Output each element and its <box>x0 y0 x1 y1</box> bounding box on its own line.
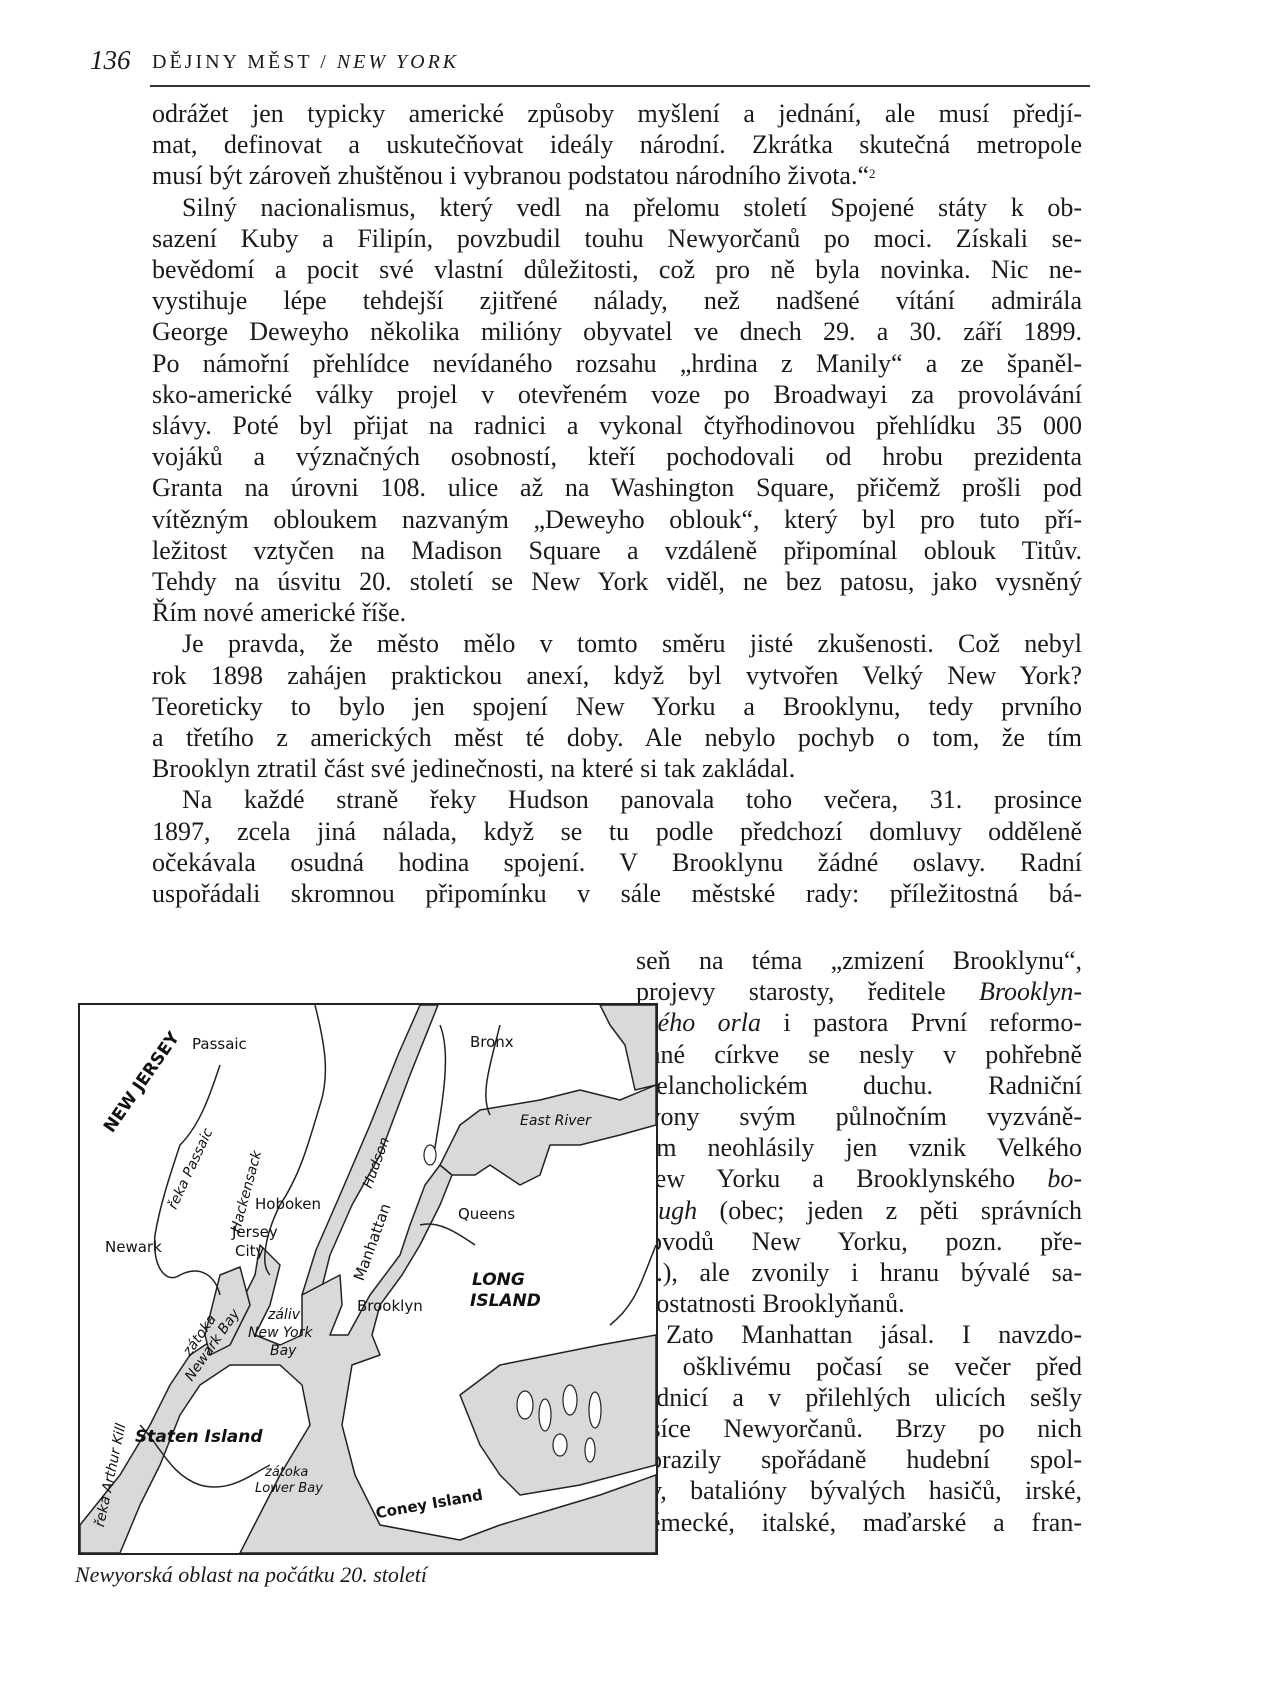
text-line: vítězným obloukem nazvaným „Deweyho oblo… <box>152 504 1082 535</box>
text-line: vystihuje lépe tehdejší zjitřené nálady,… <box>152 285 1082 316</box>
text-line: projevy starosty, ředitele Brooklyn- <box>636 976 1082 1007</box>
label-brooklyn: Brooklyn <box>357 1297 423 1315</box>
text-line: Silný nacionalismus, který vedl na přelo… <box>152 192 1082 223</box>
running-head-title: NEW YORK <box>337 51 459 73</box>
text-line: kl.), ale zvonily i hranu bývalé sa- <box>636 1257 1082 1288</box>
label-east-river: East River <box>520 1113 591 1129</box>
text-line: sko-americké války projel v otevřeném vo… <box>152 379 1082 410</box>
text-line-content: projevy starosty, ředitele <box>636 977 979 1006</box>
text-line: slávy. Poté byl přijat na radnici a vyko… <box>152 410 1082 441</box>
body-text-full-width: odrážet jen typicky americké způsoby myš… <box>152 98 1082 909</box>
label-bay: Bay <box>270 1343 296 1359</box>
text-line: seň na téma „zmizení Brooklynu“, <box>636 945 1082 976</box>
label-staten-island: Staten Island <box>135 1427 263 1447</box>
text-line-content: (obec; jeden z pěti správních <box>697 1196 1082 1225</box>
text-line: tisíce Newyorčanů. Brzy po nich <box>636 1413 1082 1444</box>
page-number: 136 <box>90 45 131 76</box>
text-line: sazení Kuby a Filipín, povzbudil touhu N… <box>152 223 1082 254</box>
text-line: vojáků a význačných osobností, kteří poc… <box>152 441 1082 472</box>
label-queens: Queens <box>458 1205 515 1223</box>
text-line: obvodů New Yorku, pozn. pře- <box>636 1226 1082 1257</box>
page-header: 136 DĚJINY MĚST / NEW YORK <box>90 45 1090 85</box>
text-line: vané církve se nesly v pohřebně <box>636 1039 1082 1070</box>
text-line: rok 1898 zahájen praktickou anexí, když … <box>152 660 1082 691</box>
text-line: Zato Manhattan jásal. I navzdo- <box>636 1319 1082 1350</box>
text-line: Po námořní přehlídce nevídaného rozsahu … <box>152 348 1082 379</box>
text-line: melancholickém duchu. Radniční <box>636 1070 1082 1101</box>
label-zaliv: záliv <box>268 1307 300 1323</box>
text-line: dorazily spořádaně hudební spol- <box>636 1444 1082 1475</box>
label-long: LONG <box>472 1270 525 1290</box>
label-island: ISLAND <box>470 1291 541 1311</box>
text-line: George Deweyho několika milióny obyvatel… <box>152 316 1082 347</box>
text-line-content: musí být zároveň zhuštěnou i vybranou po… <box>152 161 869 190</box>
text-line: ležitost vztyčen na Madison Square a vzd… <box>152 535 1082 566</box>
text-line: musí být zároveň zhuštěnou i vybranou po… <box>152 160 1082 191</box>
text-line: Tehdy na úsvitu 20. století se New York … <box>152 566 1082 597</box>
text-line: ského orla i pastora První reformo- <box>636 1007 1082 1038</box>
label-newark: Newark <box>105 1238 162 1256</box>
text-line: radnicí a v přilehlých ulicích sešly <box>636 1382 1082 1413</box>
text-line: očekávala osudná hodina spojení. V Brook… <box>152 847 1082 878</box>
text-line: mat, definovat a uskutečňovat ideály nár… <box>152 129 1082 160</box>
sound-water <box>600 1005 656 1090</box>
text-line: Na každé straně řeky Hudson panovala toh… <box>152 784 1082 815</box>
li-boundary <box>610 1245 656 1325</box>
text-line: bevědomí a pocit své vlastní důležitosti… <box>152 254 1082 285</box>
text-line: ním neohlásily jen vznik Velkého <box>636 1132 1082 1163</box>
text-line: odrážet jen typicky americké způsoby myš… <box>152 98 1082 129</box>
label-bronx: Bronx <box>470 1033 514 1051</box>
label-hoboken: Hoboken <box>255 1195 321 1213</box>
jamaica-bay <box>460 1335 656 1495</box>
map-figure: Passaic NEW JERSEY řeka Passaic Hackensa… <box>78 1003 658 1555</box>
east-river <box>440 1085 656 1185</box>
text-line: ky, batalióny bývalých hasičů, irské, <box>636 1475 1082 1506</box>
figure-caption: Newyorská oblast na počátku 20. století <box>75 1562 427 1588</box>
running-head-series: DĚJINY MĚST <box>152 51 312 73</box>
text-line: zvony svým půlnočním vyzváně- <box>636 1101 1082 1132</box>
italic-term: bo- <box>1047 1164 1082 1193</box>
text-line: a třetího z amerických měst té doby. Ale… <box>152 722 1082 753</box>
label-city: City <box>235 1242 264 1260</box>
header-rule <box>150 85 1090 87</box>
text-line: ry ošklivému počasí se večer před <box>636 1351 1082 1382</box>
text-line: Je pravda, že město mělo v tomto směru j… <box>152 628 1082 659</box>
text-line: Teoreticky to bylo jen spojení New Yorku… <box>152 691 1082 722</box>
text-line: mostatnosti Brooklyňanů. <box>636 1288 1082 1319</box>
harlem-river <box>432 1025 445 1165</box>
label-new-york: New York <box>248 1325 312 1341</box>
italic-title: Brooklyn- <box>979 977 1082 1006</box>
running-head: DĚJINY MĚST / NEW YORK <box>152 51 459 74</box>
text-line: Řím nové americké říše. <box>152 597 1082 628</box>
text-line: uspořádali skromnou připomínku v sále mě… <box>152 878 1082 909</box>
footnote-ref: 2 <box>869 166 876 181</box>
text-line: 1897, zcela jiná nálada, když se tu podl… <box>152 816 1082 847</box>
text-line: New Yorku a Brooklynského bo- <box>636 1163 1082 1194</box>
text-line: německé, italské, maďarské a fran- <box>636 1507 1082 1538</box>
body-text-right-column: seň na téma „zmizení Brooklynu“, projevy… <box>636 945 1082 1538</box>
label-passaic: Passaic <box>192 1035 247 1053</box>
text-line-content: i pastora První reformo- <box>761 1008 1082 1037</box>
label-lower-bay: Lower Bay <box>255 1481 323 1496</box>
running-head-separator: / <box>312 51 337 73</box>
text-line: Granta na úrovni 108. ulice až na Washin… <box>152 472 1082 503</box>
text-line: Brooklyn ztratil část své jedinečnosti, … <box>152 753 1082 784</box>
label-zatoka-lower: zátoka <box>265 1465 308 1480</box>
text-line-content: New Yorku a Brooklynského <box>636 1164 1047 1193</box>
text-line: rough (obec; jeden z pěti správních <box>636 1195 1082 1226</box>
label-jersey: Jersey <box>232 1223 278 1241</box>
